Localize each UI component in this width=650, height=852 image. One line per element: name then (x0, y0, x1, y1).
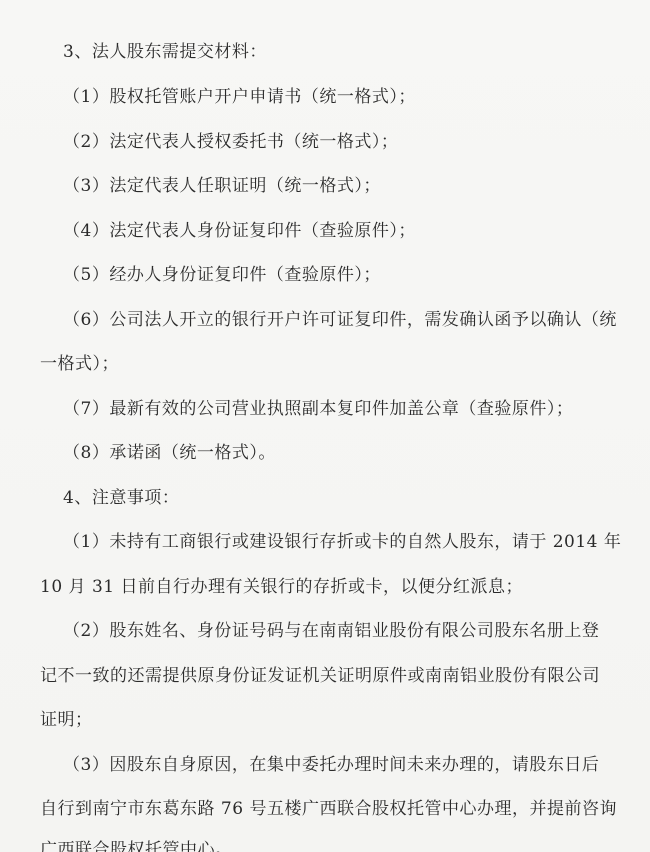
section-3-item-1: （1）股权托管账户开户申请书（统一格式）； (63, 87, 416, 107)
document-page: 3、法人股东需提交材料： （1）股权托管账户开户申请书（统一格式）； （2）法定… (0, 0, 650, 852)
section-4-item-3: （3）因股东自身原因，在集中委托办理时间未来办理的，请股东日后 (63, 755, 599, 775)
section-4-heading: 4、注意事项： (63, 488, 179, 508)
section-4-item-1-cont: 10 月 31 日前自行办理有关银行的存折或卡，以便分红派息； (40, 577, 523, 597)
section-4-item-2-cont: 记不一致的还需提供原身份证发证机关证明原件或南南铝业股份有限公司 (40, 666, 600, 686)
section-3-item-7: （7）最新有效的公司营业执照副本复印件加盖公章（查验原件）； (63, 399, 573, 419)
section-4-item-2: （2）股东姓名、身份证号码与在南南铝业股份有限公司股东名册上登 (63, 621, 599, 641)
section-3-heading: 3、法人股东需提交材料： (63, 42, 267, 62)
section-3-item-4: （4）法定代表人身份证复印件（查验原件）； (63, 221, 416, 241)
section-3-item-5: （5）经办人身份证复印件（查验原件）； (63, 265, 381, 285)
section-4-item-3-cont2: 广西联合股权托管中心。 (40, 840, 233, 852)
section-3-item-6-cont: 一格式）； (40, 354, 119, 374)
section-3-item-6: （6）公司法人开立的银行开户许可证复印件，需发确认函予以确认（统 (63, 310, 617, 330)
section-4-item-1: （1）未持有工商银行或建设银行存折或卡的自然人股东，请于 2014 年 (63, 532, 621, 552)
section-3-item-2: （2）法定代表人授权委托书（统一格式）； (63, 132, 398, 152)
section-3-item-3: （3）法定代表人任职证明（统一格式）； (63, 176, 381, 196)
section-4-item-2-cont2: 证明； (40, 710, 93, 730)
section-3-item-8: （8）承诺函（统一格式）。 (63, 443, 276, 463)
section-4-item-3-cont: 自行到南宁市东葛东路 76 号五楼广西联合股权托管中心办理，并提前咨询 (40, 799, 617, 819)
